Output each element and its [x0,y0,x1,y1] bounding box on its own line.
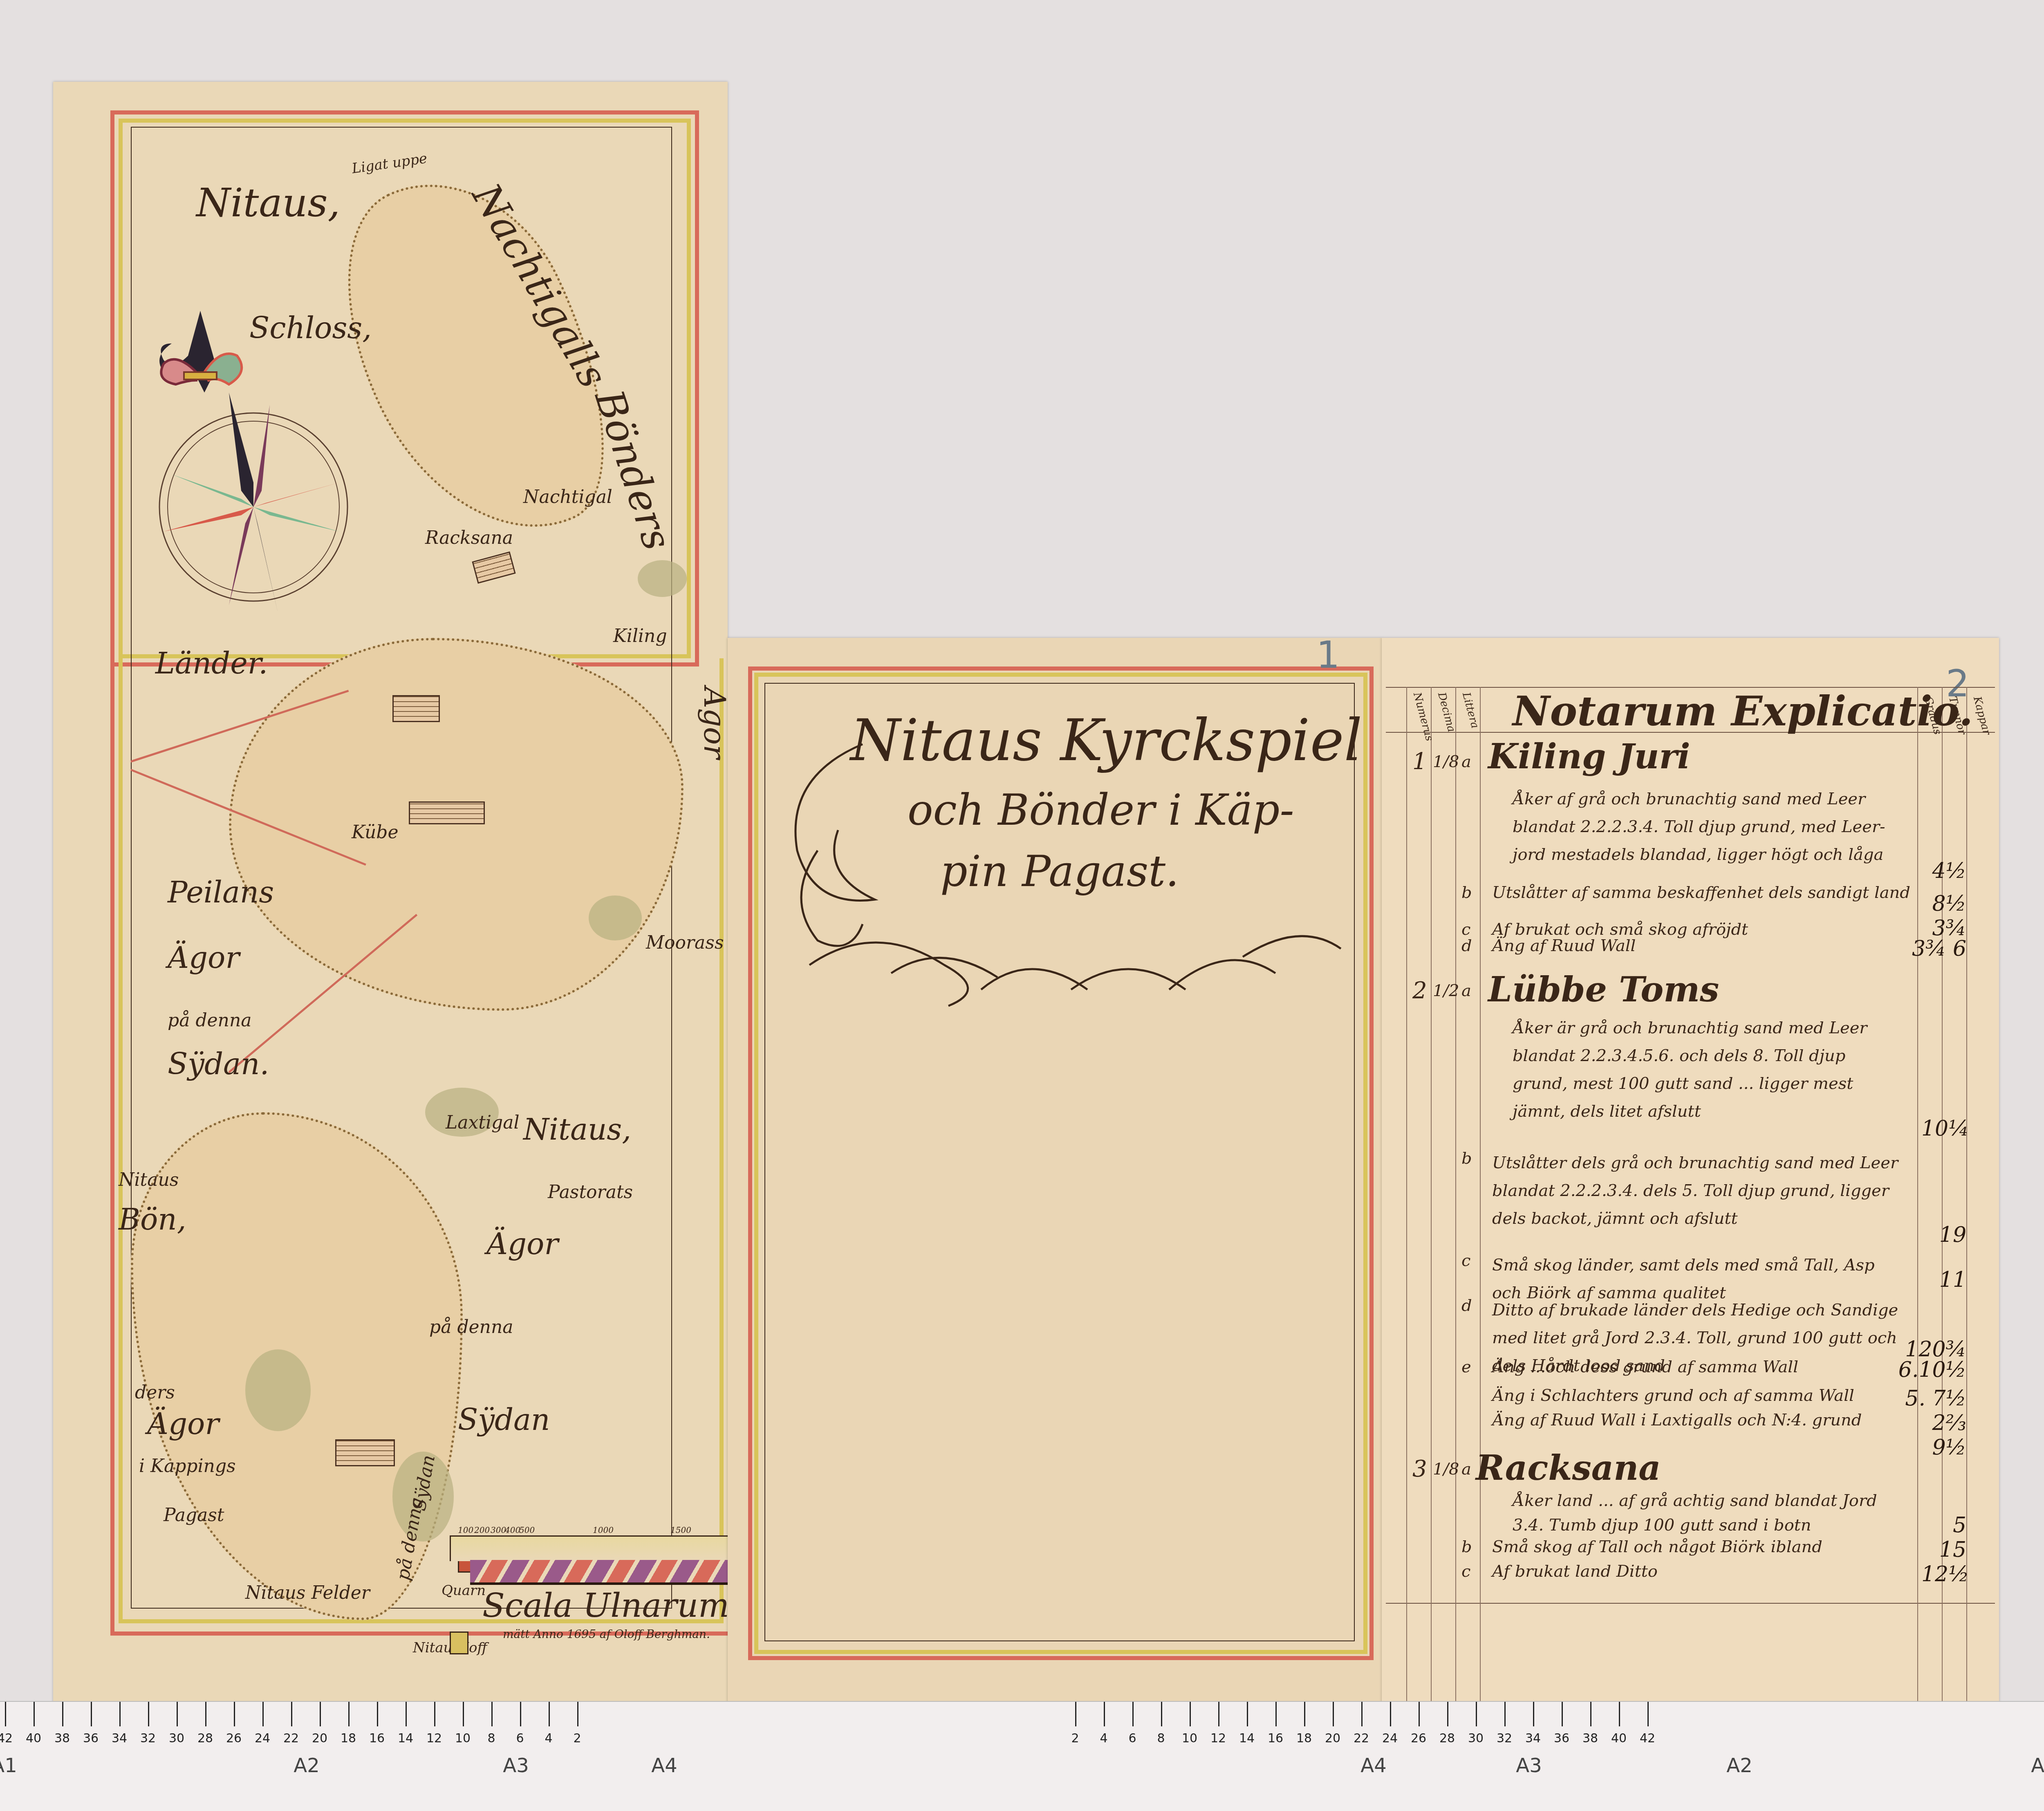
label-kube: Kübe [352,822,398,843]
label-racksana: Racksana [425,527,513,548]
scale-tick: 300 [491,1525,506,1535]
ruler-tick-label: 24 [1382,1731,1398,1746]
label-nitaus-bon: Nitaus [119,1169,179,1190]
entry-decima: 1/8 [1433,1460,1459,1479]
label-i-kappings: i Kappings [139,1456,236,1477]
ruler-tick [1075,1702,1076,1726]
col-divider [1431,687,1432,1701]
ruler-tick [1132,1702,1134,1726]
page-number-1: 1 [1316,634,1340,677]
entry-amount: 8½ [1921,891,1966,916]
ruler-tick-label: 22 [1354,1731,1369,1746]
entry-amount: 11 [1921,1268,1966,1292]
ruler-tick-label: 38 [54,1731,70,1746]
ruler-tick [1161,1702,1162,1726]
scale-title: Scala Ulnarum [482,1587,729,1625]
ruler-tick [1190,1702,1191,1726]
ruler-tick [34,1702,35,1726]
entry-littera: b [1461,1537,1472,1556]
entry-littera: b [1461,1149,1472,1168]
ruler-tick [434,1702,435,1726]
ruler-tick-label: 24 [255,1731,270,1746]
entry-decima: 1/2 [1433,981,1459,1000]
flourish-ornament-icon [769,728,1349,1014]
ruler-tick-label: 12 [426,1731,442,1746]
scale-stripes [470,1560,769,1585]
entry-littera: d [1461,936,1472,955]
entry-amount: 10¼ [1921,1116,1966,1141]
entry-text: Åker af grå och brunachtig sand med Leer… [1513,785,1905,868]
ruler-tick [119,1702,121,1726]
entry-num: 3 [1412,1456,1427,1482]
scale-tick: 200 [474,1525,490,1535]
entry-amount: 5. 7½ [1897,1386,1966,1411]
ruler-tick [520,1702,521,1726]
ruler-tick [62,1702,63,1726]
meadow-3 [245,1349,311,1431]
scale-tick-labels: 100 200 300 400 500 1000 1500 2000 [458,1525,769,1535]
entry-text: Utslåtter dels grå och brunachtig sand m… [1492,1149,1901,1232]
ruler-tick-label: 6 [1128,1731,1136,1746]
ruler-tick [234,1702,235,1726]
ruler-tick [1419,1702,1420,1726]
ruler-tick [1390,1702,1391,1726]
ruler-tick [463,1702,464,1726]
ruler-tick-label: 16 [369,1731,385,1746]
col-divider [1480,687,1481,1701]
manor-house-icon [450,1631,468,1654]
label-peilans: Peilans [168,875,274,909]
entry-amount: 15 [1921,1537,1966,1562]
measurement-ruler: 4240383634323028262422201816141210864224… [0,1701,2044,1811]
entry-text: Af brukat land Ditto [1492,1562,1658,1581]
ruler-size-a3-right: A3 [1516,1754,1542,1777]
meadow-5 [589,895,642,940]
scale-tick: 1500 [670,1525,691,1535]
ruler-tick [1447,1702,1448,1726]
entry-littera: a [1461,1460,1471,1479]
ruler-tick [1476,1702,1477,1726]
entry-text: Åker land ... af grå achtig sand blandat… [1513,1488,1905,1537]
ruler-tick [1247,1702,1248,1726]
entry-name: Lübbe Toms [1488,969,1719,1010]
ruler-tick [377,1702,378,1726]
label-moorass: Moorass [646,932,724,953]
entry-name: Kiling Juri [1488,736,1690,776]
ruler-size-a4-right: A4 [1360,1754,1386,1777]
ruler-tick-label: 40 [26,1731,41,1746]
entry-decima: 1/8 [1433,752,1459,771]
label-sydan-2: Sÿdan [458,1403,550,1437]
ruler-tick [5,1702,6,1726]
ruler-size-a1-left: A1 [0,1754,17,1777]
ruler-tick-label: 38 [1582,1731,1598,1746]
entry-amount: 4½ [1921,859,1966,883]
ruler-tick-label: 2 [573,1731,581,1746]
label-lander: Länder. [155,646,268,680]
field-2 [392,695,440,722]
ruler-tick-label: 18 [1296,1731,1312,1746]
meadow-1 [638,560,687,597]
label-sydan-1: Sÿdan. [168,1047,269,1081]
scale-bar [450,1535,771,1561]
field-3 [409,801,485,824]
ruler-tick [577,1702,578,1726]
entry-littera: c [1461,1251,1470,1270]
ruler-tick-label: 28 [1439,1731,1455,1746]
label-ders: ders [135,1382,175,1403]
ruler-tick [1104,1702,1105,1726]
scale-tick: 100 [458,1525,473,1535]
ruler-size-a2-right: A2 [1726,1754,1752,1777]
entry-littera: e [1461,1358,1471,1376]
ruler-tick [491,1702,493,1726]
scale-tick: 500 [519,1525,535,1535]
ruler-tick [1533,1702,1534,1726]
entry-littera: a [1461,752,1471,771]
col-divider [1455,687,1456,1701]
ruler-tick [262,1702,264,1726]
ruler-tick-label: 6 [516,1731,524,1746]
entry-text: Utslåtter af samma beskaffenhet dels san… [1492,883,1910,902]
ruler-tick [1619,1702,1620,1726]
ruler-tick [1562,1702,1563,1726]
ruler-tick [320,1702,321,1726]
ruler-tick-label: 32 [1497,1731,1512,1746]
ruler-tick-label: 18 [341,1731,356,1746]
label-nitaus-north: Nitaus, [196,180,340,226]
entry-amount: 19 [1921,1223,1966,1247]
ruler-tick-label: 22 [283,1731,299,1746]
label-schloss: Schloss, [249,311,372,345]
table-heading: Notarum Explicatio. [1513,687,1973,735]
entry-text: Äng ...och dess grund af samma Wall [1492,1358,1798,1376]
ruler-tick-label: 42 [0,1731,13,1746]
label-pa-denna-1: på denna [168,1010,252,1031]
scale-subtitle: mätt Anno 1695 af Oloff Berghman. [503,1627,710,1641]
scale-tick: 400 [505,1525,520,1535]
ruler-tick [348,1702,350,1726]
ruler-tick [1218,1702,1219,1726]
ruler-tick-label: 32 [140,1731,156,1746]
entry-amount: 2⅔ 9½ [1897,1411,1966,1460]
label-pagast: Pagast [164,1505,224,1526]
entry-amount: 5 [1921,1513,1966,1537]
ruler-tick-label: 2 [1071,1731,1079,1746]
ruler-tick [1333,1702,1334,1726]
label-nitaus-felder: Nitaus Felder [245,1582,370,1603]
ruler-tick-label: 34 [112,1731,127,1746]
ruler-tick [1304,1702,1305,1726]
ruler-tick-label: 26 [1411,1731,1426,1746]
entry-littera: b [1461,883,1472,902]
label-agor-2: Ägor [486,1227,558,1261]
col-divider [1917,687,1918,1701]
ruler-tick [1275,1702,1277,1726]
ruler-size-a3-left: A3 [503,1754,529,1777]
entry-num: 1 [1412,748,1427,775]
ruler-tick-label: 4 [545,1731,552,1746]
entry-amount: 6.10½ [1897,1358,1966,1382]
ruler-tick-label: 8 [1157,1731,1165,1746]
scale-cartouche: Scala Ulnarum mätt Anno 1695 af Oloff Be… [450,1525,769,1627]
ruler-tick [1361,1702,1363,1726]
ruler-tick [1504,1702,1506,1726]
ruler-tick-label: 12 [1210,1731,1226,1746]
ruler-tick-label: 42 [1640,1731,1655,1746]
col-divider [1406,687,1407,1701]
entry-littera: a [1461,981,1471,1000]
table-bottom-line [1386,1603,1995,1604]
label-agor-1: Ägor [168,940,240,975]
ruler-tick [1647,1702,1649,1726]
ruler-tick [1590,1702,1591,1726]
ruler-tick-label: 30 [1468,1731,1484,1746]
ruler-tick-label: 14 [1239,1731,1255,1746]
label-pastorats: Pastorats [548,1182,633,1203]
ruler-size-a4-left: A4 [651,1754,677,1777]
entry-littera: c [1461,1562,1470,1581]
entry-littera: d [1461,1296,1472,1315]
label-nachtigal: Nachtigal [523,487,612,507]
ruler-tick [549,1702,550,1726]
ruler-tick-label: 26 [226,1731,242,1746]
ruler-tick-label: 16 [1268,1731,1283,1746]
compass-rose-icon [147,311,360,622]
ruler-size-a1-right: A1 [2031,1754,2044,1777]
entry-text: Små skog af Tall och något Biörk ibland [1492,1537,1822,1556]
ruler-tick-label: 14 [398,1731,413,1746]
entry-amount: 12½ [1921,1562,1966,1587]
ruler-tick-label: 28 [197,1731,213,1746]
label-nitaus-mid: Nitaus, [523,1112,631,1147]
entry-num: 2 [1412,977,1427,1004]
entry-name: Racksana [1476,1447,1661,1488]
label-bon: Bön, [119,1202,186,1237]
ruler-tick-label: 36 [83,1731,99,1746]
ruler-tick [148,1702,149,1726]
ruler-tick-label: 8 [487,1731,495,1746]
ruler-size-a2-left: A2 [294,1754,319,1777]
ruler-tick-label: 20 [1325,1731,1340,1746]
label-agor-3: Ägor [147,1407,219,1441]
entry-text: Äng af Ruud Wall [1492,936,1636,955]
ruler-tick-label: 40 [1611,1731,1627,1746]
ruler-tick-label: 10 [455,1731,471,1746]
ruler-tick [91,1702,92,1726]
ruler-tick [205,1702,206,1726]
label-vertical-agor: Ägor [697,687,732,759]
ruler-tick-label: 10 [1182,1731,1197,1746]
col-divider [1966,687,1967,1701]
label-kiling: Kiling [613,626,667,646]
label-pa-denna-2: på denna [429,1317,513,1337]
label-laxtigal: Laxtigal [446,1112,520,1133]
ruler-tick [406,1702,407,1726]
ruler-tick-label: 20 [312,1731,327,1746]
ruler-tick [291,1702,292,1726]
entry-amount: 3¾ 6 [1905,936,1966,961]
field-4 [335,1439,395,1466]
ruler-tick-label: 36 [1554,1731,1569,1746]
scale-tick: 1000 [593,1525,614,1535]
entry-text: Äng af Ruud Wall i Laxtigalls och N:4. g… [1492,1411,1862,1430]
ruler-tick-label: 34 [1525,1731,1541,1746]
entry-text: Äng i Schlachters grund och af samma Wal… [1492,1386,1854,1405]
entry-text: Åker är grå och brunachtig sand med Leer… [1513,1014,1905,1125]
ruler-tick-label: 30 [169,1731,184,1746]
ruler-tick [177,1702,178,1726]
ruler-tick-label: 4 [1100,1731,1107,1746]
